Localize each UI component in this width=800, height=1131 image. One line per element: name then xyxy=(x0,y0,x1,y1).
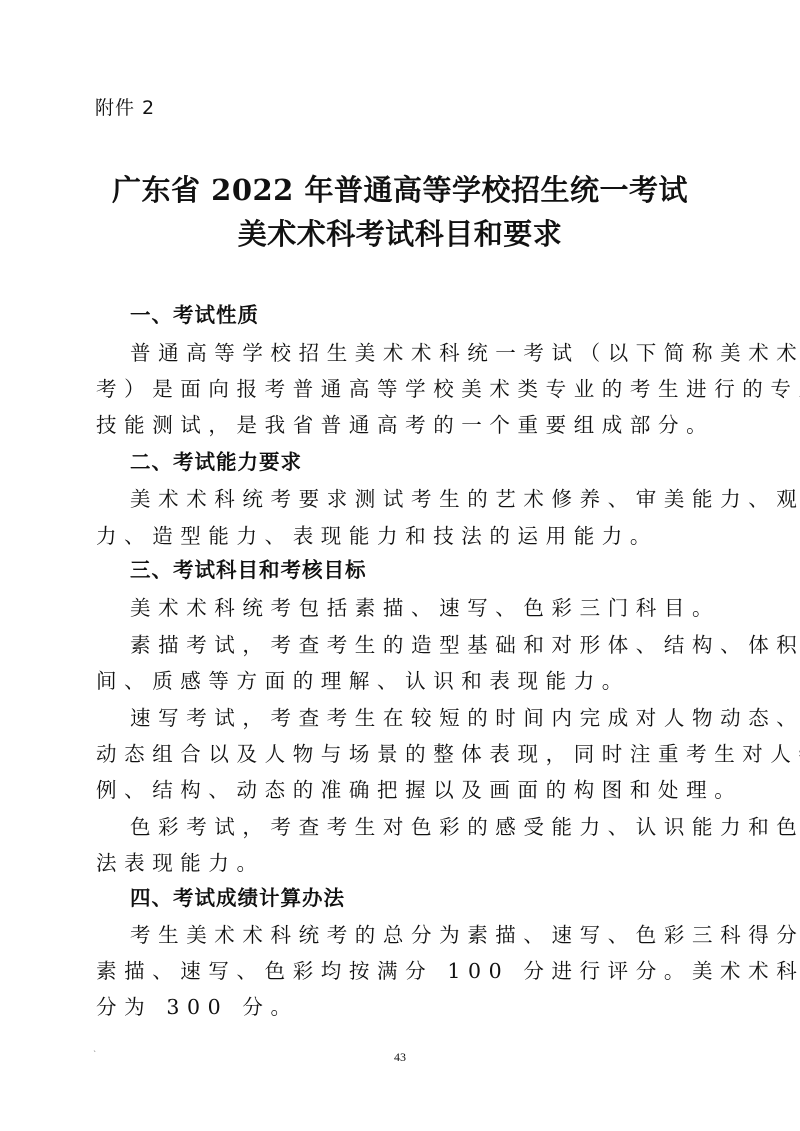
paragraph-line: 动态组合以及人物与场景的整体表现，同时注重考生对人物的比 xyxy=(96,737,716,767)
paragraph-line: 色彩考试，考查考生对色彩的感受能力、认识能力和色彩技 xyxy=(130,810,750,840)
document-title-line-2: 美术术科考试科目和要求 xyxy=(0,212,800,253)
paragraph-line: 美术术科统考包括素描、速写、色彩三门科目。 xyxy=(130,591,750,621)
attachment-label: 附件 2 xyxy=(95,93,155,120)
document-page: 附件 2 广东省 2022 年普通高等学校招生统一考试 美术术科考试科目和要求 … xyxy=(0,0,800,1131)
paragraph-line: 考生美术术科统考的总分为素描、速写、色彩三科得分之和。 xyxy=(130,918,750,948)
paragraph-line: 法表现能力。 xyxy=(96,846,716,876)
paragraph-line: 间、质感等方面的理解、认识和表现能力。 xyxy=(96,664,716,694)
section-heading: 二、考试能力要求 xyxy=(130,445,750,475)
paragraph-line: 素描、速写、色彩均按满分 100 分进行评分。美术术科统考的满 xyxy=(96,954,716,984)
paragraph-line: 技能测试，是我省普通高考的一个重要组成部分。 xyxy=(96,408,716,438)
section-heading: 三、考试科目和考核目标 xyxy=(130,553,750,583)
section-heading: 四、考试成绩计算办法 xyxy=(130,881,750,911)
document-title-line-1: 广东省 2022 年普通高等学校招生统一考试 xyxy=(0,168,800,209)
section-heading: 一、考试性质 xyxy=(130,298,750,328)
paragraph-line: 力、造型能力、表现能力和技法的运用能力。 xyxy=(96,519,716,549)
paragraph-line: 例、结构、动态的准确把握以及画面的构图和处理。 xyxy=(96,773,716,803)
page-number: 43 xyxy=(0,1050,800,1065)
paragraph-line: 速写考试，考查考生在较短的时间内完成对人物动态、人物 xyxy=(130,701,750,731)
paragraph-line: 分为 300 分。 xyxy=(96,990,716,1020)
paragraph-line: 考）是面向报考普通高等学校美术类专业的考生进行的专业基础 xyxy=(96,372,716,402)
paragraph-line: 普通高等学校招生美术术科统一考试（以下简称美术术科统 xyxy=(130,336,750,366)
paragraph-line: 美术术科统考要求测试考生的艺术修养、审美能力、观察能 xyxy=(130,482,750,512)
paragraph-line: 素描考试，考查考生的造型基础和对形体、结构、体积、空 xyxy=(130,628,750,658)
